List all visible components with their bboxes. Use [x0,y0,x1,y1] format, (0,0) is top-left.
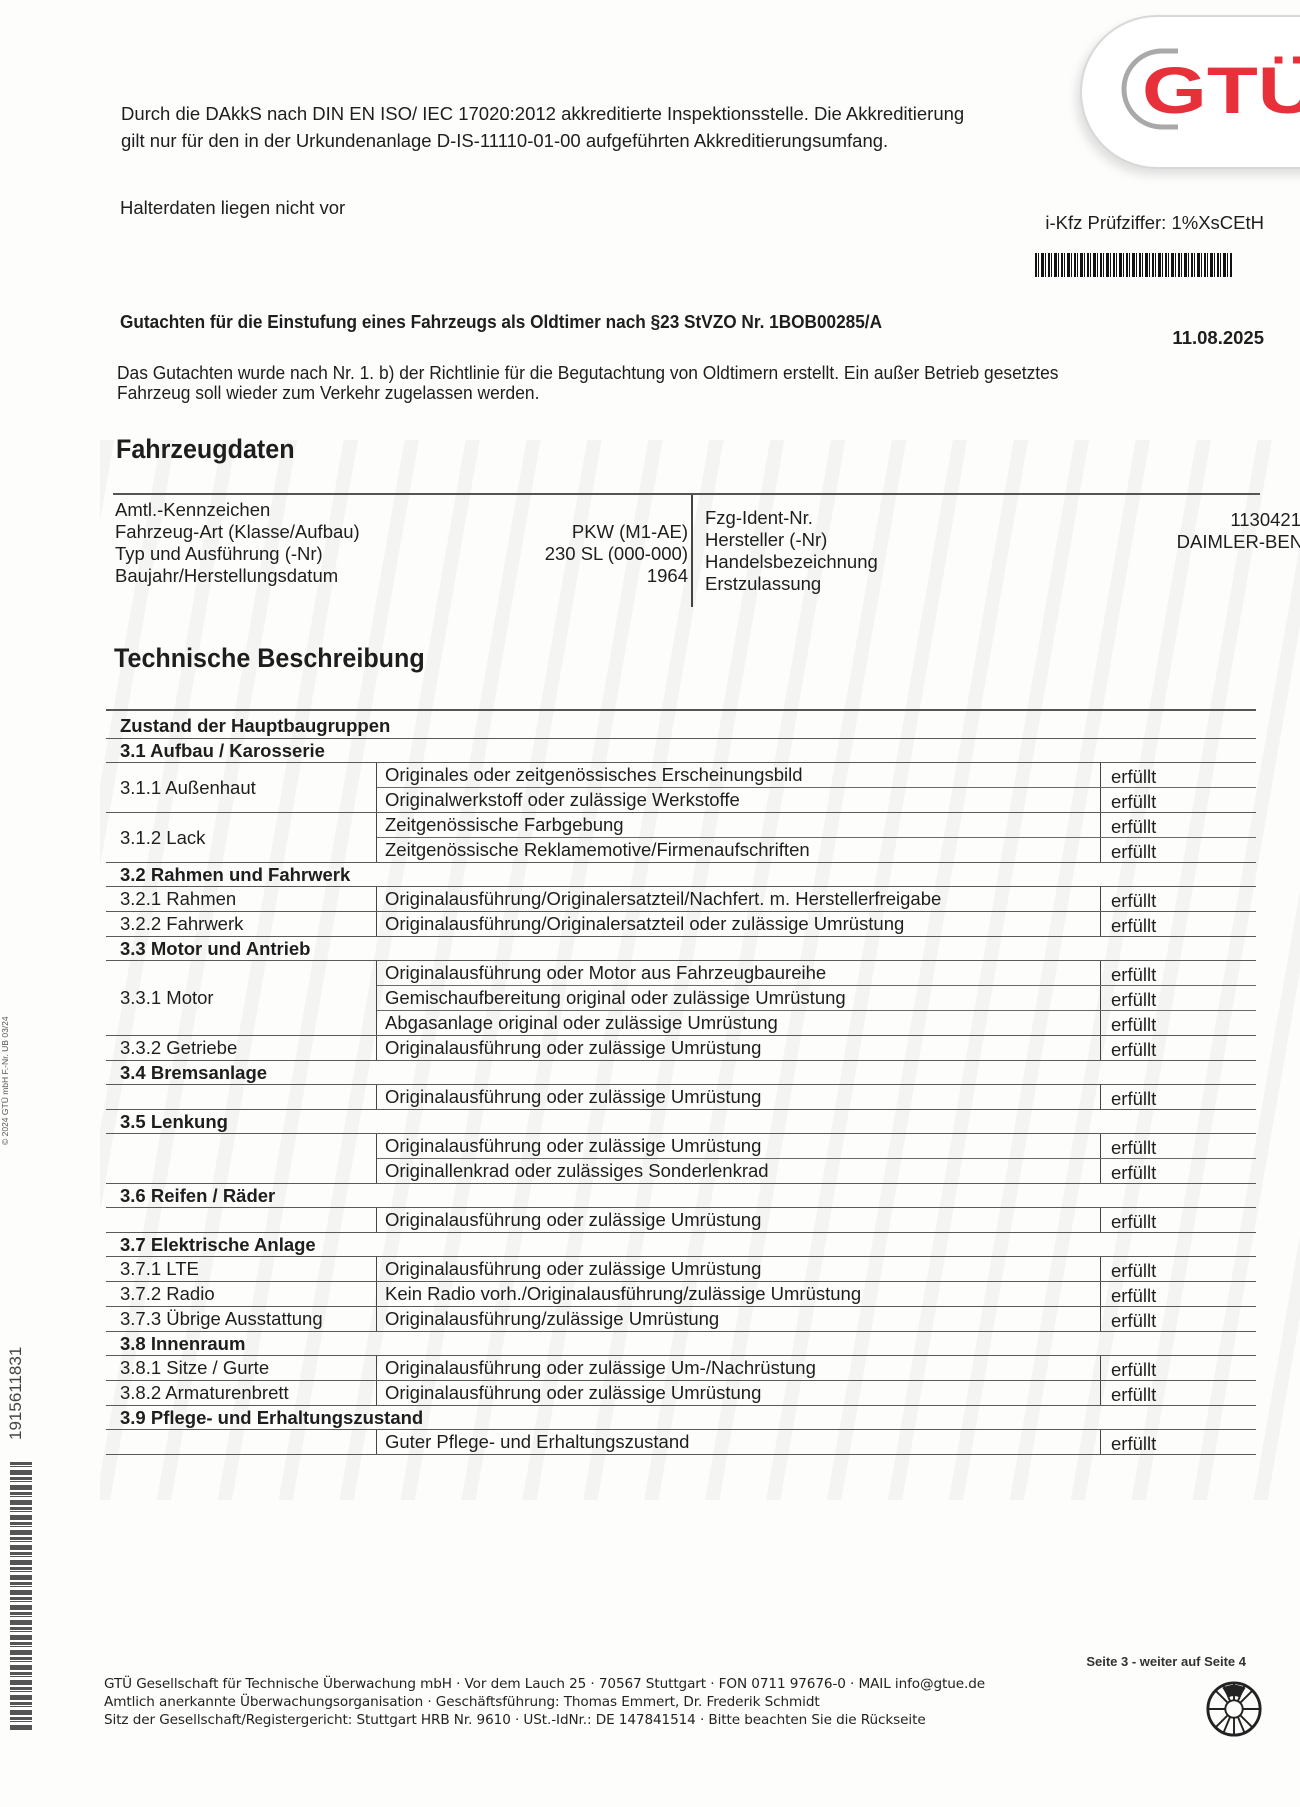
table-row: Guter Pflege- und Erhaltungszustanderfül… [377,1430,1256,1454]
table-row-group: Originalausführung oder zulässige Umrüst… [106,1134,1256,1184]
table-row: Originalwerkstoff oder zulässige Werksto… [377,788,1256,812]
document-number: 1915611831 [6,1347,26,1440]
vehicle-right-label: Erstzulassung [705,573,878,595]
table-row: Originalausführung oder zulässige Umrüst… [377,1257,1256,1281]
status-value: erfüllt [1100,1356,1256,1380]
table-row: Originalausführung/Originalersatzteil od… [377,912,1256,936]
component-label: 3.7.2 Radio [106,1282,376,1306]
table-row-group: Originalausführung oder zulässige Umrüst… [106,1208,1256,1233]
vehicle-left-label: Typ und Ausführung (-Nr) [115,543,360,565]
table-row: Originalausführung oder zulässige Umrüst… [377,1085,1256,1109]
status-value: erfüllt [1100,1159,1256,1183]
accreditation-line: gilt nur für den in der Urkundenanlage D… [121,127,1101,154]
status-value: erfüllt [1100,961,1256,985]
status-value: erfüllt [1100,1085,1256,1109]
table-row: Originalausführung/Originalersatzteil/Na… [377,887,1256,911]
table-row-group: 3.7.3 Übrige AusstattungOriginalausführu… [106,1307,1256,1332]
table-row: Originales oder zeitgenössisches Erschei… [377,763,1256,788]
vehicle-right-value: 11304210004497 [943,509,1300,531]
vehicle-left-value: 230 SL (000-000) [413,543,688,565]
section-title: 3.8 Innenraum [106,1332,1256,1356]
status-value: erfüllt [1100,1011,1256,1035]
table-row-group: 3.8.2 ArmaturenbrettOriginalausführung o… [106,1381,1256,1406]
section-title: 3.6 Reifen / Räder [106,1184,1256,1208]
table-row-group: 3.8.1 Sitze / GurteOriginalausführung od… [106,1356,1256,1381]
footer-line: GTÜ Gesellschaft für Technische Überwach… [104,1675,985,1693]
component-label: 3.7.3 Übrige Ausstattung [106,1307,376,1331]
section-title: 3.3 Motor und Antrieb [106,937,1256,961]
table-row: Originalausführung oder zulässige Umrüst… [377,1134,1256,1159]
vehicle-left-values: PKW (M1-AE)230 SL (000-000)1964 [413,499,688,587]
vehicle-right-labels: Fzg-Ident-Nr.Hersteller (-Nr)Handelsbeze… [705,507,878,595]
status-value: erfüllt [1100,912,1256,936]
status-value: erfüllt [1100,1307,1256,1331]
vehicle-right-value: 07/1964 [943,575,1300,597]
table-row-group: Originalausführung oder zulässige Umrüst… [106,1085,1256,1110]
accreditation-line: Durch die DAkkS nach DIN EN ISO/ IEC 170… [121,100,1101,127]
vehicle-right-value: DAIMLER-BENZ (0009) [943,531,1300,553]
component-label [106,1085,376,1109]
component-label: 3.8.2 Armaturenbrett [106,1381,376,1405]
table-row: Kein Radio vorh./Originalausführung/zulä… [377,1282,1256,1306]
table-row: Originalausführung oder zulässige Um-/Na… [377,1356,1256,1380]
table-row-group: 3.3.2 GetriebeOriginalausführung oder zu… [106,1036,1256,1061]
status-value: erfüllt [1100,1430,1256,1454]
section-title: 3.2 Rahmen und Fahrwerk [106,863,1256,887]
status-value: erfüllt [1100,763,1256,787]
component-label: 3.7.1 LTE [106,1257,376,1281]
barcode-icon [1035,253,1233,277]
table-row: Originalausführung oder Motor aus Fahrze… [377,961,1256,986]
vehicle-left-label: Fahrzeug-Art (Klasse/Aufbau) [115,521,360,543]
table-row-group: 3.2.2 FahrwerkOriginalausführung/Origina… [106,912,1256,937]
vehicle-right-values: 11304210004497DAIMLER-BENZ (0009) 07/196… [943,509,1300,597]
page-indicator: Seite 3 - weiter auf Seite 4 [1086,1654,1246,1669]
component-label: 3.1.2 Lack [106,813,376,862]
table-row-group: 3.2.1 RahmenOriginalausführung/Originale… [106,887,1256,912]
table-top-rule [106,709,1256,711]
status-value: erfüllt [1100,986,1256,1010]
status-value: erfüllt [1100,838,1256,862]
table-row: Originalausführung/zulässige Umrüstunger… [377,1307,1256,1331]
component-label [106,1430,376,1454]
table-row: Zeitgenössische Reklamemotive/Firmenaufs… [377,838,1256,862]
component-label [106,1208,376,1232]
table-header: Zustand der Hauptbaugruppen [106,713,1256,739]
status-value: erfüllt [1100,1036,1256,1060]
holder-note: Halterdaten liegen nicht vor [120,197,345,219]
vehicle-left-label: Baujahr/Herstellungsdatum [115,565,360,587]
component-label: 3.1.1 Außenhaut [106,763,376,812]
component-label: 3.2.2 Fahrwerk [106,912,376,936]
component-label: 3.3.1 Motor [106,961,376,1035]
table-row: Originalausführung oder zulässige Umrüst… [377,1036,1256,1060]
status-value: erfüllt [1100,1208,1256,1232]
component-label [106,1134,376,1183]
status-value: erfüllt [1100,788,1256,812]
status-value: erfüllt [1100,1257,1256,1281]
status-value: erfüllt [1100,1134,1256,1158]
status-value: erfüllt [1100,887,1256,911]
company-footer: GTÜ Gesellschaft für Technische Überwach… [104,1675,985,1729]
vehicle-right-label: Handelsbezeichnung [705,551,878,573]
section-title: 3.1 Aufbau / Karosserie [106,739,1256,763]
vehicle-data-heading: Fahrzeugdaten [116,434,295,465]
report-intro: Das Gutachten wurde nach Nr. 1. b) der R… [117,363,1198,403]
status-value: erfüllt [1100,1282,1256,1306]
vehicle-right-value [943,553,1300,575]
table-row: Originalausführung oder zulässige Umrüst… [377,1381,1256,1405]
table-row-group: 3.1.2 LackZeitgenössische Farbgebungerfü… [106,813,1256,863]
table-row-group: Guter Pflege- und Erhaltungszustanderfül… [106,1430,1256,1455]
status-value: erfüllt [1100,1381,1256,1405]
table-row: Zeitgenössische Farbgebungerfüllt [377,813,1256,838]
table-row: Gemischaufbereitung original oder zuläss… [377,986,1256,1011]
section-title: 3.4 Bremsanlage [106,1061,1256,1085]
section-title: 3.9 Pflege- und Erhaltungszustand [106,1406,1256,1430]
vehicle-data-box: Amtl.-KennzeichenFahrzeug-Art (Klasse/Au… [113,493,1260,610]
svg-text:GTÜ: GTÜ [1142,53,1300,127]
document-barcode-icon [10,1462,32,1732]
vehicle-left-label: Amtl.-Kennzeichen [115,499,360,521]
report-title: Gutachten für die Einstufung eines Fahrz… [120,311,882,333]
report-intro-line: Fahrzeug soll wieder zum Verkehr zugelas… [117,383,1198,403]
table-row-group: 3.3.1 MotorOriginalausführung oder Motor… [106,961,1256,1036]
table-row: Originallenkrad oder zulässiges Sonderle… [377,1159,1256,1183]
condition-table: Zustand der Hauptbaugruppen 3.1 Aufbau /… [106,709,1256,1455]
footer-line: Sitz der Gesellschaft/Registergericht: S… [104,1711,985,1729]
section-title: 3.7 Elektrische Anlage [106,1233,1256,1257]
report-date: 11.08.2025 [1172,327,1264,349]
accreditation-note: Durch die DAkkS nach DIN EN ISO/ IEC 170… [121,100,1101,154]
form-copyright: © 2024 GTÜ mbH F.-Nr. UB 03/24 [0,1016,10,1145]
vehicle-left-labels: Amtl.-KennzeichenFahrzeug-Art (Klasse/Au… [115,499,360,587]
vehicle-left-value: 1964 [413,565,688,587]
table-row-group: 3.7.1 LTEOriginalausführung oder zulässi… [106,1257,1256,1282]
vehicle-left-value: PKW (M1-AE) [413,521,688,543]
component-label: 3.2.1 Rahmen [106,887,376,911]
technical-description-heading: Technische Beschreibung [114,643,425,674]
ikfz-check-digit: i-Kfz Prüfziffer: 1%XsCEtH [1045,212,1264,234]
table-row-group: 3.1.1 AußenhautOriginales oder zeitgenös… [106,763,1256,813]
table-row-group: 3.7.2 RadioKein Radio vorh./Originalausf… [106,1282,1256,1307]
gtue-logo-icon: GTÜ [1118,47,1300,131]
table-row: Originalausführung oder zulässige Umrüst… [377,1208,1256,1232]
vehicle-right-label: Hersteller (-Nr) [705,529,878,551]
table-row: Abgasanlage original oder zulässige Umrü… [377,1011,1256,1035]
component-label: 3.3.2 Getriebe [106,1036,376,1060]
column-divider [691,495,693,607]
footer-line: Amtlich anerkannte Überwachungsorganisat… [104,1693,985,1711]
section-title: 3.5 Lenkung [106,1110,1256,1134]
report-intro-line: Das Gutachten wurde nach Nr. 1. b) der R… [117,363,1198,383]
vehicle-left-value [413,499,688,521]
seal-icon [1205,1680,1263,1738]
status-value: erfüllt [1100,813,1256,837]
component-label: 3.8.1 Sitze / Gurte [106,1356,376,1380]
vehicle-right-label: Fzg-Ident-Nr. [705,507,878,529]
